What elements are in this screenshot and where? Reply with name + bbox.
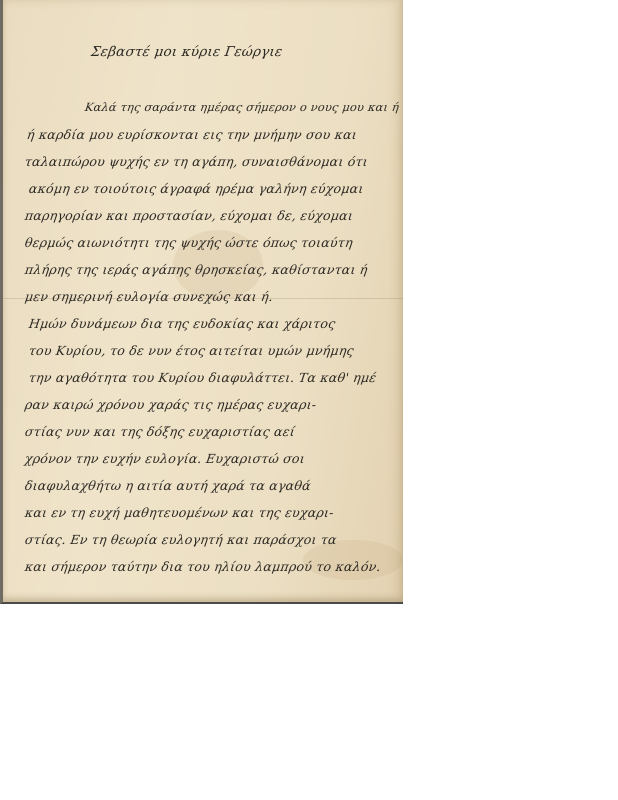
letter-line: ταλαιπώρου ψυχής εν τη αγάπη, συναισθάνο… bbox=[24, 154, 369, 169]
letter-line: ή καρδία μου ευρίσκονται εις την μνήμην … bbox=[26, 127, 358, 142]
letter-line: και εν τη ευχή μαθητευομένων και της ευχ… bbox=[24, 505, 335, 520]
letter-salutation: Σεβαστέ μοι κύριε Γεώργιε bbox=[90, 44, 284, 60]
letter-line: πλήρης της ιεράς αγάπης θρησκείας, καθίσ… bbox=[24, 262, 369, 277]
letter-line: και σήμερον ταύτην δια του ηλίου λαμπρού… bbox=[24, 559, 382, 574]
letter-line: χρόνον την ευχήν ευλογία. Ευχαριστώ σοι bbox=[24, 451, 306, 466]
letter-line: στίας νυν και της δόξης ευχαριστίας αεί bbox=[24, 424, 296, 439]
letter-line: ραν καιρώ χρόνου χαράς τις ημέρας ευχαρι… bbox=[24, 397, 317, 412]
letter-line: στίας. Εν τη θεωρία ευλογητή και παράσχο… bbox=[24, 532, 338, 547]
letter-line: θερμώς αιωνιότητι της ψυχής ώστε όπως το… bbox=[24, 235, 354, 250]
letter-line: διαφυλαχθήτω η αιτία αυτή χαρά τα αγαθά bbox=[24, 478, 312, 493]
letter-page: Σεβαστέ μοι κύριε Γεώργιε Καλά της σαράν… bbox=[0, 0, 403, 604]
letter-line: παρηγορίαν και προστασίαν, εύχομαι δε, ε… bbox=[24, 208, 354, 223]
letter-line: την αγαθότητα του Κυρίου διαφυλάττει. Τα… bbox=[28, 370, 377, 385]
letter-line: Καλά της σαράντα ημέρας σήμερον ο νους μ… bbox=[84, 100, 400, 114]
letter-line: Ημών δυνάμεων δια της ευδοκίας και χάριτ… bbox=[28, 316, 337, 331]
letter-line: ακόμη εν τοιούτοις άγραφά ηρέμα γαλήνη ε… bbox=[28, 181, 365, 196]
letter-line: του Κυρίου, το δε νυν έτος αιτείται υμών… bbox=[28, 343, 355, 358]
letter-line: μεν σημερινή ευλογία συνεχώς και ή. bbox=[24, 289, 274, 304]
